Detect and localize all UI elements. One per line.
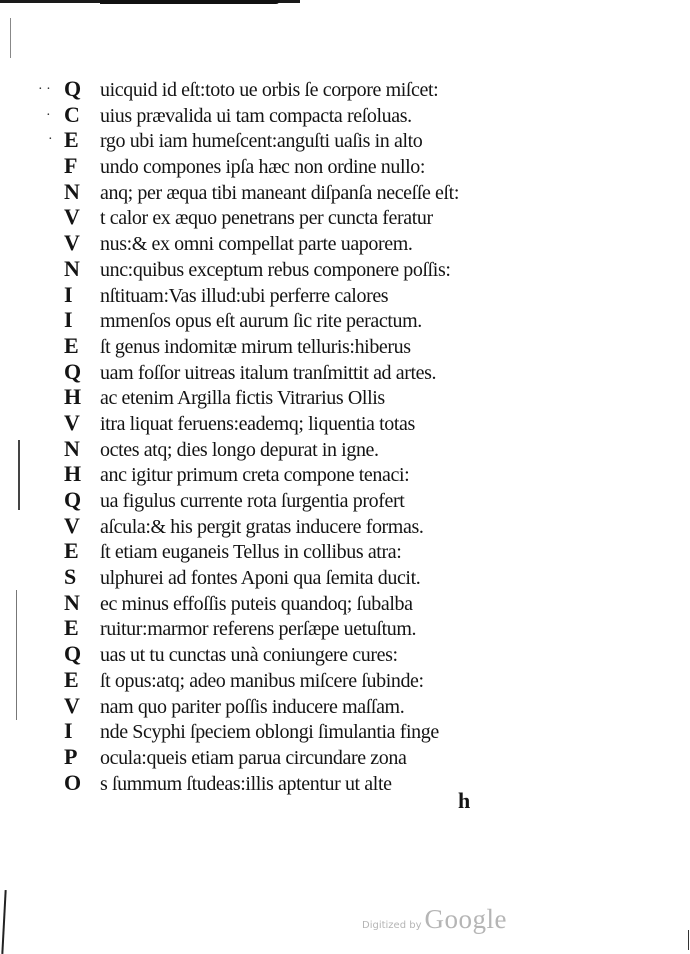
verse-initial: V [60, 513, 100, 539]
verse-initial: N [60, 179, 100, 205]
verse-line: Ergo ubi iam humeſcent:anguſti uaſis in … [60, 127, 530, 153]
verse-initial: N [60, 436, 100, 462]
verse-initial: E [60, 333, 100, 359]
google-logo: Google [425, 904, 507, 935]
verse-line: Eſt genus indomitæ mirum telluris:hiberu… [60, 333, 530, 359]
verse-initial: Q [60, 359, 100, 385]
verse-line: Nunc:quibus exceptum rebus componere poſ… [60, 256, 530, 282]
verse-initial: E [60, 127, 100, 153]
verse-line: Inſtituam:Vas illud:ubi perferre calores [60, 282, 530, 308]
verse-line: Eſt opus:atq; adeo manibus miſcere ſubin… [60, 667, 530, 693]
verse-initial: E [60, 615, 100, 641]
margin-dot: · [46, 108, 51, 124]
verse-text: aſcula:& his pergit gratas inducere form… [100, 516, 423, 539]
verse-text: uicquid id eſt:toto ue orbis ſe corpore … [100, 79, 438, 102]
verse-text: ac etenim Argilla fictis Vitrarius Ollis [100, 387, 385, 410]
digitization-watermark: Digitized by Google [362, 904, 507, 935]
verse-text: nus:& ex omni compellat parte uaporem. [100, 233, 413, 256]
verse-line: Quas ut tu cunctas unà coniungere cures: [60, 641, 530, 667]
verse-line: Noctes atq; dies longo depurat in igne. [60, 436, 530, 462]
verse-line: Eruitur:marmor referens perſæpe uetuſtum… [60, 615, 530, 641]
verse-initial: V [60, 410, 100, 436]
signature-mark: h [458, 788, 470, 814]
verse-text: itra liquat feruens:eademq; liquentia to… [100, 413, 415, 436]
verse-line: Vaſcula:& his pergit gratas inducere for… [60, 513, 530, 539]
verse-line: Immenſos opus eſt aurum ſic rite peractu… [60, 307, 530, 333]
verse-line: Nanq; per æqua tibi maneant diſpanſa nec… [60, 179, 530, 205]
verse-text: nde Scyphi ſpeciem oblongi ſimulantia fi… [100, 721, 439, 744]
verse-initial: O [60, 770, 100, 796]
margin-dot: · [48, 132, 53, 148]
verse-initial: N [60, 256, 100, 282]
verse-initial: E [60, 667, 100, 693]
page-left-edge [18, 440, 20, 510]
verse-line: Vt calor ex æquo penetrans per cuncta fe… [60, 204, 530, 230]
page-bottom-left-edge [1, 890, 6, 954]
verse-initial: V [60, 693, 100, 719]
verse-initial: H [60, 384, 100, 410]
verse-line: Fundo compones ipſa hæc non ordine nullo… [60, 153, 530, 179]
verse-text: ſt genus indomitæ mirum telluris:hiberus [100, 336, 411, 359]
verse-line: Sulphurei ad fontes Aponi qua ſemita duc… [60, 564, 530, 590]
verse-line: Vnam quo pariter poſſis inducere maſſam. [60, 693, 530, 719]
verse-text: t calor ex æquo penetrans per cuncta fer… [100, 207, 433, 230]
page-top-edge-shadow [100, 0, 280, 4]
verse-line: Quicquid id eſt:toto ue orbis ſe corpore… [60, 76, 530, 102]
verse-line: Vnus:& ex omni compellat parte uaporem. [60, 230, 530, 256]
verse-initial: S [60, 564, 100, 590]
verse-text: octes atq; dies longo depurat in igne. [100, 439, 379, 462]
verse-text: nam quo pariter poſſis inducere maſſam. [100, 696, 404, 719]
verse-line: Quam foſſor uitreas italum tranſmittit a… [60, 359, 530, 385]
watermark-prefix: Digitized by [362, 920, 422, 931]
verse-initial: C [60, 102, 100, 128]
verse-text: ſt opus:atq; adeo manibus miſcere ſubind… [100, 670, 424, 693]
verse-text: rgo ubi iam humeſcent:anguſti uaſis in a… [100, 130, 422, 153]
verse-line: Hac etenim Argilla fictis Vitrarius Olli… [60, 384, 530, 410]
verse-text: ruitur:marmor referens perſæpe uetuſtum. [100, 618, 416, 641]
verse-line: Inde Scyphi ſpeciem oblongi ſimulantia f… [60, 718, 530, 744]
verse-initial: H [60, 461, 100, 487]
verse-initial: Q [60, 487, 100, 513]
verse-initial: V [60, 204, 100, 230]
verse-line: Pocula:queis etiam parua circundare zona [60, 744, 530, 770]
verse-line: Vitra liquat feruens:eademq; liquentia t… [60, 410, 530, 436]
verse-text: uas ut tu cunctas unà coniungere cures: [100, 644, 398, 667]
verse-initial: Q [60, 641, 100, 667]
verse-initial: F [60, 153, 100, 179]
verse-initial: Q [60, 76, 100, 102]
verse-initial: I [60, 718, 100, 744]
verse-line: Eſt etiam euganeis Tellus in collibus at… [60, 538, 530, 564]
verse-initial: P [60, 744, 100, 770]
verse-initial: I [60, 307, 100, 333]
verse-line: Cuius prævalida ui tam compacta reſoluas… [60, 102, 530, 128]
verse-text: ſt etiam euganeis Tellus in collibus atr… [100, 541, 401, 564]
verse-text: mmenſos opus eſt aurum ſic rite peractum… [100, 310, 422, 333]
verse-text: ulphurei ad fontes Aponi qua ſemita duci… [100, 567, 420, 590]
verse-initial: V [60, 230, 100, 256]
verse-initial: I [60, 282, 100, 308]
verse-text: anc igitur primum creta compone tenaci: [100, 464, 409, 487]
verse-text: nſtituam:Vas illud:ubi perferre calores [100, 285, 388, 308]
verse-initial: E [60, 538, 100, 564]
verse-text: anq; per æqua tibi maneant diſpanſa nece… [100, 182, 459, 205]
verse-text: ocula:queis etiam parua circundare zona [100, 747, 406, 770]
verse-line: Hanc igitur primum creta compone tenaci: [60, 461, 530, 487]
verse-block: Quicquid id eſt:toto ue orbis ſe corpore… [60, 76, 530, 795]
page-left-edge [10, 18, 11, 58]
verse-initial: N [60, 590, 100, 616]
verse-text: ec minus effoſſis puteis quandoq; ſubalb… [100, 593, 413, 616]
verse-text: uam foſſor uitreas italum tranſmittit ad… [100, 362, 436, 385]
page-left-edge [16, 590, 17, 720]
verse-text: ua figulus currente rota ſurgentia profe… [100, 490, 404, 513]
verse-text: s ſummum ſtudeas:illis aptentur ut alte [100, 773, 392, 796]
verse-text: unc:quibus exceptum rebus componere poſſ… [100, 259, 451, 282]
margin-dots: · · [38, 82, 51, 98]
verse-text: undo compones ipſa hæc non ordine nullo: [100, 156, 425, 179]
verse-line: Qua figulus currente rota ſurgentia prof… [60, 487, 530, 513]
verse-text: uius prævalida ui tam compacta reſoluas. [100, 105, 412, 128]
verse-line: Nec minus effoſſis puteis quandoq; ſubal… [60, 590, 530, 616]
page-right-edge [688, 930, 689, 950]
